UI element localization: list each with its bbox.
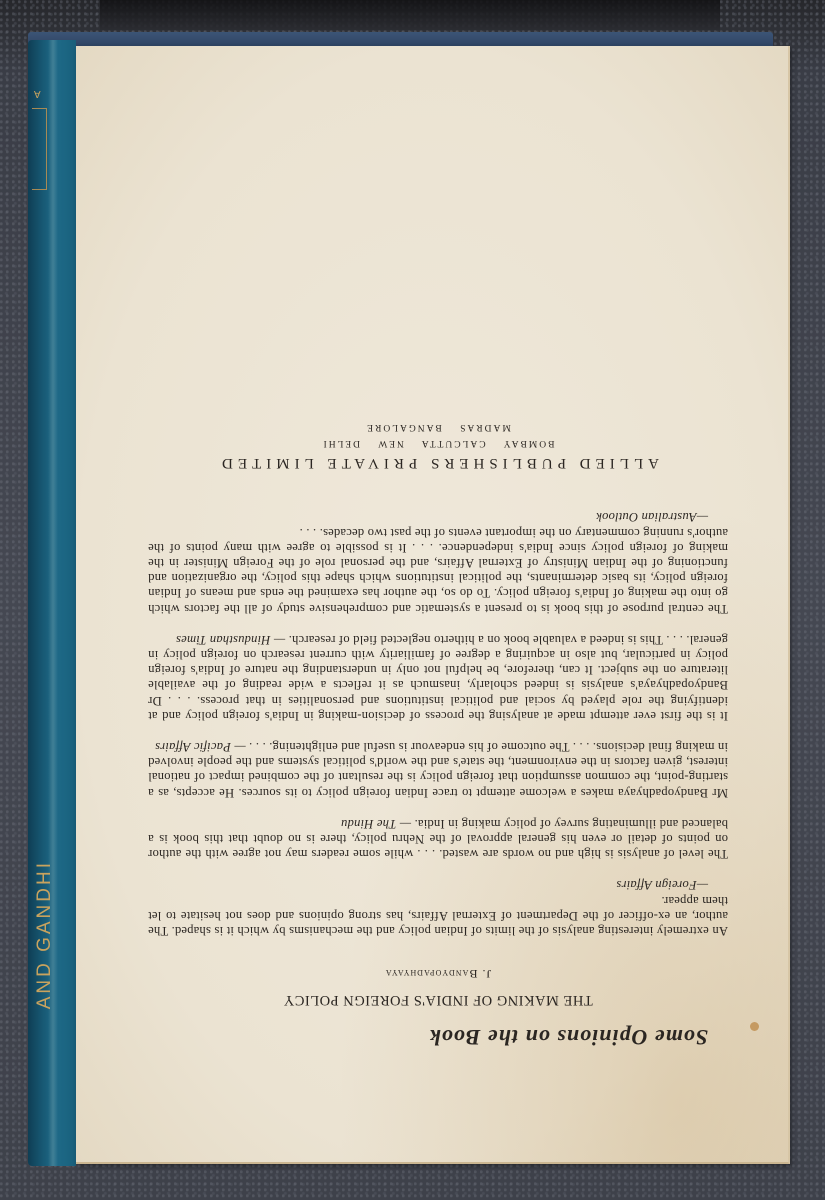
review-text: The level of analysis is high and no wor… — [148, 817, 728, 861]
review: The central purpose of this book is to p… — [148, 509, 728, 615]
review: An extremely interesting analysis of the… — [148, 877, 728, 938]
review-source: —Foreign Affairs — [148, 877, 728, 892]
review: It is the first ever attempt made at ana… — [148, 632, 728, 723]
publisher-name: ALLIED PUBLISHERS PRIVATE LIMITED — [148, 454, 728, 471]
review-source: — Pacific Affairs — [155, 740, 246, 754]
opinions-heading: Some Opinions on the Book — [148, 1024, 708, 1050]
spine-top-letter: A — [34, 88, 41, 99]
review-source: — The Hindu — [341, 817, 411, 831]
publisher-cities: MADRAS BANGALORE — [148, 422, 728, 432]
back-cover: Some Opinions on the Book The Making of … — [76, 46, 790, 1164]
book-spine: A AND GANDHI — [28, 40, 76, 1166]
book: A AND GANDHI Some Opinions on the Book T… — [28, 32, 773, 1166]
publisher-cities: BOMBAY CALCUTTA NEW DELHI — [148, 438, 728, 448]
book-author: J. Bandyopadhyaya — [148, 966, 728, 981]
spine-label-box — [32, 108, 47, 190]
background-shadow — [100, 0, 720, 30]
review-source: —Australian Outlook — [148, 509, 728, 524]
publisher-block: ALLIED PUBLISHERS PRIVATE LIMITED BOMBAY… — [148, 422, 728, 471]
review: Mr Bandyopadhyaya makes a welcome attemp… — [148, 739, 728, 800]
book-title: The Making of India's Foreign Policy — [148, 991, 728, 1008]
back-cover-content: Some Opinions on the Book The Making of … — [76, 46, 788, 1162]
review-text: The central purpose of this book is to p… — [148, 526, 728, 616]
review-text: An extremely interesting analysis of the… — [148, 894, 728, 938]
review: The level of analysis is high and no wor… — [148, 816, 728, 862]
spine-title: AND GANDHI — [34, 860, 56, 1009]
review-source: — Hindusthan Times — [176, 633, 285, 647]
